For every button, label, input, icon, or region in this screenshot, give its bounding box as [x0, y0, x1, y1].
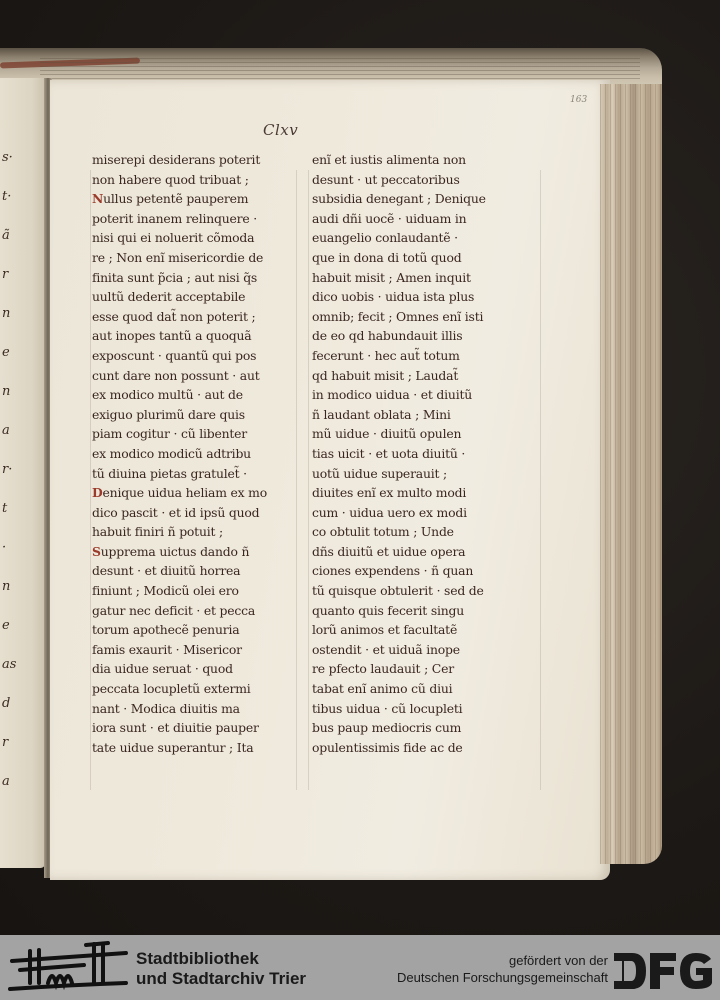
manuscript-line: lorũ animos et facultatẽ: [312, 620, 502, 640]
manuscript-line: mũ uidue · diuitũ opulen: [312, 424, 502, 444]
verso-text-fragment: n: [2, 579, 10, 594]
manuscript-line: ex modico modicũ adtribu: [92, 444, 292, 464]
line-text: tũ quisque obtulerit · sed de: [312, 583, 484, 598]
stadtbibliothek-logo-icon: [8, 939, 128, 995]
manuscript-line: torum apothecẽ penuria: [92, 620, 292, 640]
manuscript-line: habuit misit ; Amen inquit: [312, 268, 502, 288]
manuscript-line: peccata locupletũ extermi: [92, 679, 292, 699]
manuscript-line: euangelio conlaudantẽ ·: [312, 228, 502, 248]
manuscript-line: Nullus petentẽ pauperem: [92, 189, 292, 209]
verso-text-fragment: t·: [2, 189, 11, 204]
manuscript-line: ostendit · et uiduã inope: [312, 640, 502, 660]
manuscript-line: ñ laudant oblata ; Mini: [312, 405, 502, 425]
line-text: dia uidue seruat · quod: [92, 661, 233, 676]
manuscript-line: dñs diuitũ et uidue opera: [312, 542, 502, 562]
verso-text-fragment: ·: [2, 540, 6, 555]
line-text: dico pascit · et id ipsũ quod: [92, 505, 259, 520]
manuscript-line: co obtulit totum ; Unde: [312, 522, 502, 542]
manuscript-line: iora sunt · et diuitie pauper: [92, 718, 292, 738]
manuscript-line: uotũ uidue superauit ;: [312, 464, 502, 484]
manuscript-line: diuites enĩ ex multo modi: [312, 483, 502, 503]
verso-page: s·t·ãrnenar·t·neasdra: [0, 78, 46, 868]
manuscript-line: enĩ et iustis alimenta non: [312, 150, 502, 170]
manuscript-line: uultũ dederit acceptabile: [92, 287, 292, 307]
line-text: dico uobis · uidua ista plus: [312, 289, 474, 304]
line-text: aut inopes tantũ a quoquã: [92, 328, 252, 343]
manuscript-line: miserері desiderans poterit: [92, 150, 292, 170]
funding-note: gefördert von der Deutschen Forschungsge…: [397, 952, 608, 986]
manuscript-line: exposcunt · quantũ qui pos: [92, 346, 292, 366]
manuscript-line: subsidia denegant ; Denique: [312, 189, 502, 209]
verso-text-fragment: r: [2, 267, 8, 282]
manuscript-line: que in dona di totũ quod: [312, 248, 502, 268]
manuscript-line: desunt · et diuitũ horrea: [92, 561, 292, 581]
verso-text-fragment: e: [2, 618, 10, 633]
line-text: ex modico modicũ adtribu: [92, 446, 251, 461]
line-text: desunt · ut peccatoribus: [312, 172, 460, 187]
manuscript-line: de eo qd habundauit illis: [312, 326, 502, 346]
manuscript-line: Denique uidua heliam ex mo: [92, 483, 292, 503]
manuscript-line: fecerunt · hec aut̃ totum: [312, 346, 502, 366]
manuscript-line: aut inopes tantũ a quoquã: [92, 326, 292, 346]
manuscript-line: quanto quis fecerit singu: [312, 601, 502, 621]
line-text: finita sunt p̃cia ; aut nisi q̃s: [92, 270, 257, 285]
rubricated-initial: S: [92, 544, 101, 559]
manuscript-line: habuit finiri ñ potuit ;: [92, 522, 292, 542]
manuscript-line: tate uidue superantur ; Ita: [92, 738, 292, 758]
line-text: lorũ animos et facultatẽ: [312, 622, 457, 637]
line-text: mũ uidue · diuitũ opulen: [312, 426, 461, 441]
manuscript-scan: s·t·ãrnenar·t·neasdra Clxv 163 miserері …: [0, 0, 720, 935]
manuscript-line: piam cogitur · cũ libenter: [92, 424, 292, 444]
line-text: audi dñi uocẽ · uiduam in: [312, 211, 466, 226]
line-text: qd habuit misit ; Laudat̃: [312, 368, 458, 383]
line-text: uotũ uidue superauit ;: [312, 466, 447, 481]
page-stack-lines: [40, 58, 640, 80]
funding-line-1: gefördert von der: [397, 952, 608, 969]
line-text: exiguo plurimũ dare quis: [92, 407, 245, 422]
text-column-right: enĩ et iustis alimenta nondesunt · ut pe…: [312, 150, 502, 757]
line-text: dñs diuitũ et uidue opera: [312, 544, 465, 559]
line-text: que in dona di totũ quod: [312, 250, 461, 265]
line-text: enique uidua heliam ex mo: [103, 485, 267, 500]
manuscript-line: finita sunt p̃cia ; aut nisi q̃s: [92, 268, 292, 288]
ruling-line: [90, 170, 91, 790]
line-text: re pfecto laudauit ; Cer: [312, 661, 454, 676]
line-text: tias uicit · et uota diuitũ ·: [312, 446, 465, 461]
line-text: upprema uictus dando ñ: [101, 544, 250, 559]
institution-line-1: Stadtbibliothek: [136, 949, 306, 969]
manuscript-line: nant · Modica diuitis ma: [92, 699, 292, 719]
manuscript-line: tũ diuina pietas gratulet̃ ·: [92, 464, 292, 484]
verso-text-fragment: d: [2, 696, 10, 711]
verso-text-fragment: n: [2, 306, 10, 321]
line-text: cunt dare non possunt · aut: [92, 368, 260, 383]
manuscript-line: nisi qui ei noluerit cõmoda: [92, 228, 292, 248]
line-text: desunt · et diuitũ horrea: [92, 563, 240, 578]
manuscript-line: audi dñi uocẽ · uiduam in: [312, 209, 502, 229]
manuscript-line: tabat enĩ animo cũ diui: [312, 679, 502, 699]
manuscript-line: gatur nec deficit · et pecca: [92, 601, 292, 621]
dfg-logo-icon: [614, 953, 714, 989]
line-text: ostendit · et uiduã inope: [312, 642, 460, 657]
line-text: euangelio conlaudantẽ ·: [312, 230, 458, 245]
institution-line-2: und Stadtarchiv Trier: [136, 969, 306, 989]
verso-text-fragment: ã: [2, 228, 10, 243]
line-text: uultũ dederit acceptabile: [92, 289, 245, 304]
manuscript-line: bus paup mediocris cum: [312, 718, 502, 738]
verso-text-fragment: as: [2, 657, 16, 672]
manuscript-line: tibus uidua · cũ locupleti: [312, 699, 502, 719]
line-text: opulentissimis fide ac de: [312, 740, 463, 755]
manuscript-line: Supprema uictus dando ñ: [92, 542, 292, 562]
manuscript-line: re ; Non enĩ misericordie de: [92, 248, 292, 268]
line-text: tibus uidua · cũ locupleti: [312, 701, 462, 716]
line-text: enĩ et iustis alimenta non: [312, 152, 466, 167]
manuscript-line: finiunt ; Modicũ olei ero: [92, 581, 292, 601]
manuscript-line: re pfecto laudauit ; Cer: [312, 659, 502, 679]
line-text: nisi qui ei noluerit cõmoda: [92, 230, 254, 245]
ruling-line: [540, 170, 541, 790]
line-text: habuit misit ; Amen inquit: [312, 270, 471, 285]
book-fore-edge: [600, 84, 662, 864]
line-text: diuites enĩ ex multo modi: [312, 485, 466, 500]
line-text: non habere quod tribuat ;: [92, 172, 249, 187]
line-text: miserері desiderans poterit: [92, 152, 260, 167]
line-text: quanto quis fecerit singu: [312, 603, 464, 618]
manuscript-line: ex modico multũ · aut de: [92, 385, 292, 405]
manuscript-line: dico pascit · et id ipsũ quod: [92, 503, 292, 523]
line-text: omnib; fecit ; Omnes enĩ isti: [312, 309, 483, 324]
line-text: cum · uidua uero ex modi: [312, 505, 467, 520]
line-text: habuit finiri ñ potuit ;: [92, 524, 223, 539]
manuscript-line: dia uidue seruat · quod: [92, 659, 292, 679]
verso-text-fragment: n: [2, 384, 10, 399]
manuscript-line: exiguo plurimũ dare quis: [92, 405, 292, 425]
line-text: ex modico multũ · aut de: [92, 387, 243, 402]
manuscript-line: dico uobis · uidua ista plus: [312, 287, 502, 307]
line-text: piam cogitur · cũ libenter: [92, 426, 247, 441]
line-text: torum apothecẽ penuria: [92, 622, 239, 637]
manuscript-line: poterit inanem relinquere ·: [92, 209, 292, 229]
text-column-left: miserері desiderans poteritnon habere qu…: [92, 150, 292, 757]
ruling-line: [296, 170, 297, 790]
verso-text-fragment: s·: [2, 150, 13, 165]
line-text: fecerunt · hec aut̃ totum: [312, 348, 460, 363]
manuscript-line: omnib; fecit ; Omnes enĩ isti: [312, 307, 502, 327]
line-text: ñ laudant oblata ; Mini: [312, 407, 451, 422]
line-text: tũ diuina pietas gratulet̃ ·: [92, 466, 247, 481]
line-text: in modico uidua · et diuitũ: [312, 387, 472, 402]
line-text: poterit inanem relinquere ·: [92, 211, 257, 226]
line-text: famis exaurit · Misericor: [92, 642, 242, 657]
footer-banner: Stadtbibliothek und Stadtarchiv Trier ge…: [0, 935, 720, 1000]
verso-text-fragment: t: [2, 501, 7, 516]
funding-line-2: Deutschen Forschungsgemeinschaft: [397, 969, 608, 986]
manuscript-line: famis exaurit · Misericor: [92, 640, 292, 660]
manuscript-line: non habere quod tribuat ;: [92, 170, 292, 190]
line-text: nant · Modica diuitis ma: [92, 701, 240, 716]
line-text: ullus petentẽ pauperem: [103, 191, 248, 206]
manuscript-line: ciones expendens · ñ quan: [312, 561, 502, 581]
verso-text-fragment: r: [2, 735, 8, 750]
line-text: gatur nec deficit · et pecca: [92, 603, 255, 618]
line-text: subsidia denegant ; Denique: [312, 191, 486, 206]
manuscript-line: in modico uidua · et diuitũ: [312, 385, 502, 405]
foliation-number: 163: [570, 95, 587, 105]
manuscript-line: cunt dare non possunt · aut: [92, 366, 292, 386]
manuscript-line: tias uicit · et uota diuitũ ·: [312, 444, 502, 464]
verso-text-fragment: a: [2, 423, 10, 438]
line-text: ciones expendens · ñ quan: [312, 563, 473, 578]
line-text: esse quod dat̃ non poterit ;: [92, 309, 255, 324]
verso-text-fragment: a: [2, 774, 10, 789]
line-text: co obtulit totum ; Unde: [312, 524, 454, 539]
line-text: finiunt ; Modicũ olei ero: [92, 583, 239, 598]
manuscript-line: cum · uidua uero ex modi: [312, 503, 502, 523]
folio-heading: Clxv: [263, 121, 298, 139]
line-text: de eo qd habundauit illis: [312, 328, 462, 343]
line-text: exposcunt · quantũ qui pos: [92, 348, 256, 363]
manuscript-line: desunt · ut peccatoribus: [312, 170, 502, 190]
line-text: bus paup mediocris cum: [312, 720, 461, 735]
line-text: iora sunt · et diuitie pauper: [92, 720, 259, 735]
verso-text-fragment: r·: [2, 462, 12, 477]
verso-text-fragment: e: [2, 345, 10, 360]
rubricated-initial: D: [92, 485, 103, 500]
rubricated-initial: N: [92, 191, 103, 206]
ruling-line: [308, 170, 309, 790]
line-text: tate uidue superantur ; Ita: [92, 740, 253, 755]
line-text: re ; Non enĩ misericordie de: [92, 250, 263, 265]
manuscript-line: esse quod dat̃ non poterit ;: [92, 307, 292, 327]
manuscript-line: opulentissimis fide ac de: [312, 738, 502, 758]
line-text: tabat enĩ animo cũ diui: [312, 681, 452, 696]
institution-name: Stadtbibliothek und Stadtarchiv Trier: [136, 949, 306, 989]
manuscript-line: tũ quisque obtulerit · sed de: [312, 581, 502, 601]
manuscript-line: qd habuit misit ; Laudat̃: [312, 366, 502, 386]
line-text: peccata locupletũ extermi: [92, 681, 251, 696]
